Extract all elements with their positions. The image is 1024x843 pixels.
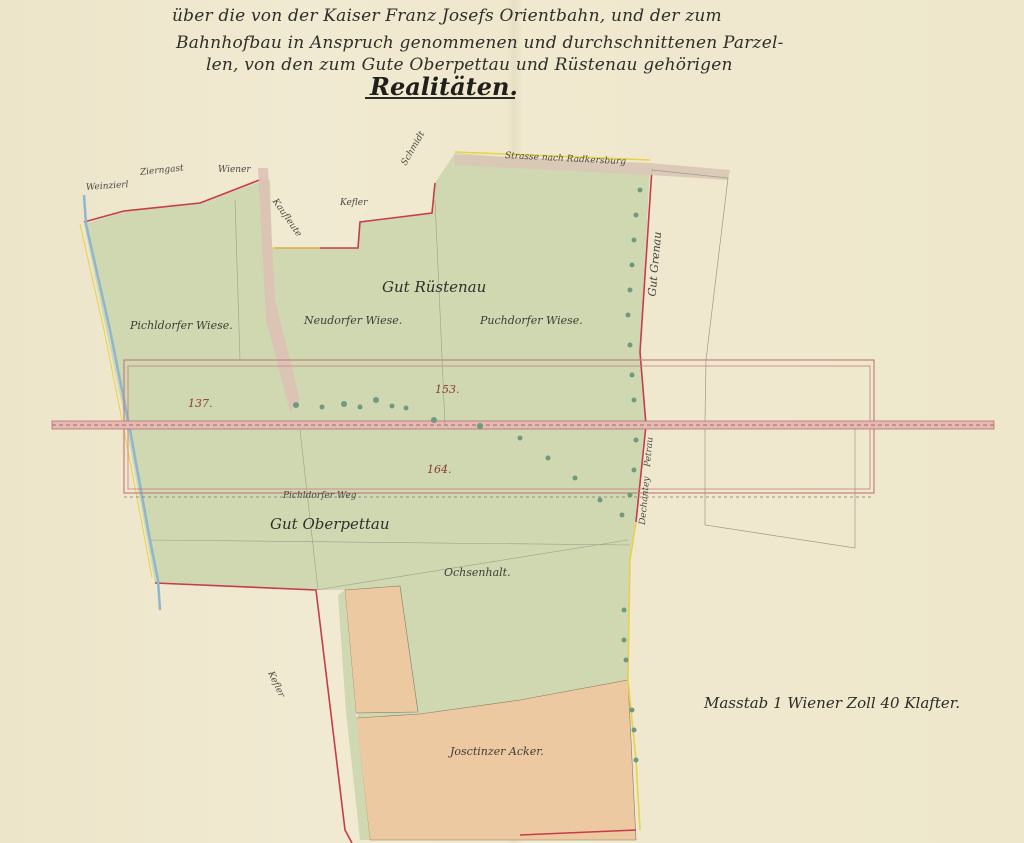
- field-acker: Josctinzer Acker.: [450, 745, 544, 758]
- boundary-yellow-notch: [270, 245, 320, 248]
- scale-label: Masstab 1 Wiener Zoll 40 Klafter.: [704, 694, 960, 712]
- estate-ruestenau: Gut Rüstenau: [382, 278, 486, 296]
- parcel-164: 164.: [427, 463, 452, 476]
- grenau-outline: [652, 170, 855, 548]
- estate-oberpettau: Gut Oberpettau: [270, 515, 390, 533]
- meadow-pichldorf: Pichldorfer Wiese.: [130, 319, 233, 332]
- neighbor-kefler-top: Kefler: [340, 198, 367, 208]
- title-main: Realitäten.: [370, 72, 518, 102]
- road-label-weg: Pichldorfer Weg: [283, 491, 357, 501]
- parcel-153: 153.: [435, 383, 460, 396]
- title-line-1: über die von der Kaiser Franz Josefs Ori…: [172, 6, 722, 26]
- field-ochsenhalt: Ochsenhalt.: [444, 566, 511, 579]
- meadow-neudorf: Neudorfer Wiese.: [304, 314, 402, 327]
- title-line-2: Bahnhofbau in Anspruch genommenen und du…: [176, 33, 784, 53]
- neighbor-wiener: Wiener: [218, 165, 251, 175]
- parcel-137: 137.: [188, 397, 213, 410]
- boundary-red-south: [155, 583, 352, 843]
- map-drawing: [0, 0, 1024, 843]
- meadow-puchdorf: Puchdorfer Wiese.: [480, 314, 583, 327]
- cadastral-map: über die von der Kaiser Franz Josefs Ori…: [0, 0, 1024, 843]
